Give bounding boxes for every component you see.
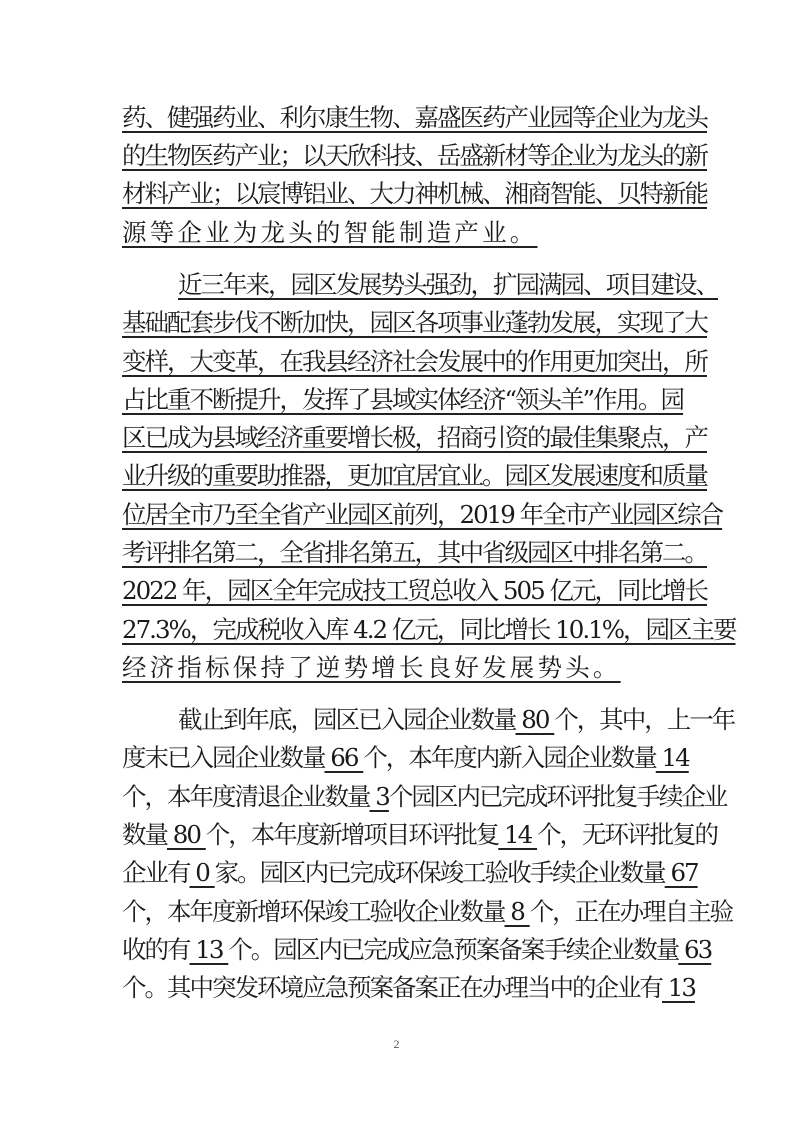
plain-text: 收的有 [122,935,190,964]
underlined-text: 区已成为县域经济重要增长极，招商引资的最佳集聚点，产 [122,423,707,452]
plain-text: 个，本年度新增环保竣工验收企业数量 [122,897,505,926]
text-line: 业升级的重要助推器，更加宜居宜业。园区发展速度和质量 [122,461,678,491]
text-line: 变样，大变革，在我县经济社会发展中的作用更加突出，所 [122,347,678,377]
underlined-text: 经济指标保持了逆势增长良好发展势头。 [122,653,621,682]
plain-text: 家。园区内已完成环保竣工验收手续企业数量 [215,858,665,887]
underlined-text: 13 [662,973,695,1002]
underlined-text: 近三年来，园区发展势头强劲，扩园满园、项目建设、 [178,270,718,299]
underlined-text: 2022 年，园区全年完成技工贸总收入 505 亿元，同比增长 [122,576,707,605]
plain-text: 个。园区内已完成应急预案备案手续企业数量 [228,935,678,964]
text-line: 个，本年度新增环保竣工验收企业数量 8 个，正在办理自主验 [122,897,678,927]
plain-text: 个园区内已完成环评批复手续企业 [389,782,727,811]
underlined-text: 14 [498,820,537,849]
plain-text: 个，本年度清退企业数量 [122,782,370,811]
text-line: 药、健强药业、利尔康生物、嘉盛医药产业园等企业为龙头 [122,103,678,133]
text-line: 考评排名第二，全省排名第五，其中省级园区中排名第二。 [122,538,678,568]
text-line: 企业有 0 家。园区内已完成环保竣工验收手续企业数量 67 [122,858,678,888]
underlined-text: 67 [665,858,698,887]
underlined-text: 80 [167,820,206,849]
underlined-text: 基础配套步伐不断加快，园区各项事业蓬勃发展，实现了大 [122,308,707,337]
text-line: 截止到年底，园区已入园企业数量 80 个，其中，上一年 [178,705,678,735]
text-line: 材料产业；以宸博铝业、大力神机械、湘商智能、贝特新能 [122,179,678,209]
underlined-text: 14 [656,743,689,772]
plain-text: 企业有 [122,858,190,887]
underlined-text: 27.3%，完成税收入库 4.2 亿元，同比增长 10.1%，园区主要 [122,615,736,644]
document-page: 药、健强药业、利尔康生物、嘉盛医药产业园等企业为龙头的生物医药产业；以天欣科技、… [0,0,793,1122]
underlined-text: 业升级的重要助推器，更加宜居宜业。园区发展速度和质量 [122,461,707,490]
text-line: 位居全市乃至全省产业园区前列，2019 年全市产业园区综合 [122,500,678,530]
plain-text: 个，无环评批复的 [537,820,717,849]
underlined-text: 位居全市乃至全省产业园区前列，2019 年全市产业园区综合 [122,500,722,529]
underlined-text: 3 [370,782,389,811]
underlined-text: 占比重不断提升，发挥了县域实体经济“领头羊”作用。园 [122,385,683,414]
page-number: 2 [0,1037,793,1052]
underlined-text: 13 [190,935,229,964]
text-line: 度末已入园企业数量 66 个，本年度内新入园企业数量 14 [122,743,678,773]
plain-text: 个，本年度内新入园企业数量 [363,743,656,772]
plain-text: 度末已入园企业数量 [122,743,325,772]
underlined-text: 源等企业为龙头的智能制造产业。 [122,218,538,247]
plain-text: 个，正在办理自主验 [530,897,733,926]
text-line: 2022 年，园区全年完成技工贸总收入 505 亿元，同比增长 [122,576,678,606]
underlined-text: 0 [190,858,215,887]
text-line: 源等企业为龙头的智能制造产业。 [122,218,678,248]
underlined-text: 8 [505,897,530,926]
underlined-text: 考评排名第二，全省排名第五，其中省级园区中排名第二。 [122,538,707,567]
text-line: 近三年来，园区发展势头强劲，扩园满园、项目建设、 [178,270,678,300]
plain-text: 截止到年底，园区已入园企业数量 [178,705,516,734]
plain-text: 个，本年度新增项目环评批复 [206,820,499,849]
underlined-text: 药、健强药业、利尔康生物、嘉盛医药产业园等企业为龙头 [122,103,707,132]
plain-text: 个，其中，上一年 [554,705,734,734]
underlined-text: 80 [516,705,555,734]
text-line: 数量 80 个，本年度新增项目环评批复 14 个，无环评批复的 [122,820,678,850]
text-line: 个。其中突发环境应急预案备案正在办理当中的企业有 13 [122,973,678,1003]
text-line: 收的有 13 个。园区内已完成应急预案备案手续企业数量 63 [122,935,678,965]
text-line: 的生物医药产业；以天欣科技、岳盛新材等企业为龙头的新 [122,141,678,171]
plain-text: 个。其中突发环境应急预案备案正在办理当中的企业有 [122,973,662,1002]
underlined-text: 变样，大变革，在我县经济社会发展中的作用更加突出，所 [122,347,707,376]
text-line: 占比重不断提升，发挥了县域实体经济“领头羊”作用。园 [122,385,678,415]
underlined-text: 66 [325,743,364,772]
underlined-text: 的生物医药产业；以天欣科技、岳盛新材等企业为龙头的新 [122,141,707,170]
underlined-text: 63 [678,935,711,964]
text-line: 个，本年度清退企业数量 3个园区内已完成环评批复手续企业 [122,782,678,812]
underlined-text: 材料产业；以宸博铝业、大力神机械、湘商智能、贝特新能 [122,179,707,208]
text-line: 区已成为县域经济重要增长极，招商引资的最佳集聚点，产 [122,423,678,453]
text-line: 经济指标保持了逆势增长良好发展势头。 [122,653,678,683]
plain-text: 数量 [122,820,167,849]
text-line: 27.3%，完成税收入库 4.2 亿元，同比增长 10.1%，园区主要 [122,615,678,645]
text-line: 基础配套步伐不断加快，园区各项事业蓬勃发展，实现了大 [122,308,678,338]
